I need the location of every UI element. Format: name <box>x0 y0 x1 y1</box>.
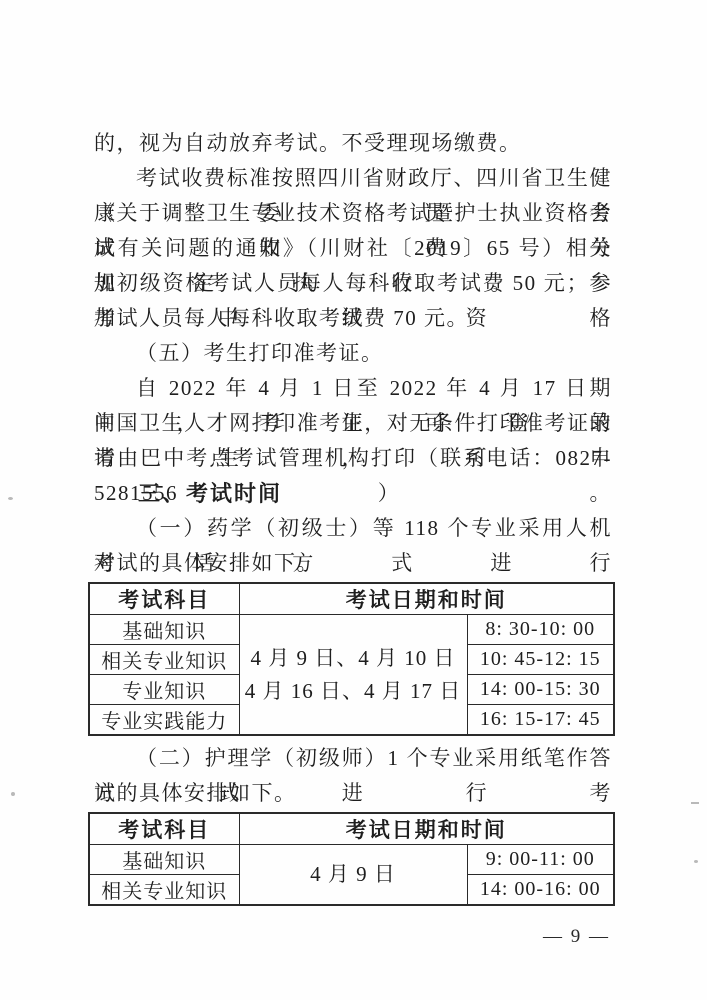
time-cell: 9: 00-11: 00 <box>467 845 614 875</box>
body-line: 请由巴中考点考试管理机构打印（联系电话：0827-5281556）。 <box>94 441 612 476</box>
body-line: 的，视为自动放弃考试。不受理现场缴费。 <box>94 126 612 161</box>
body-line: 考试收费标准按照四川省财政厅、四川省卫生健康委员会 <box>94 161 612 196</box>
body-line: 成有关问题的通知》（川财社〔2019〕65 号）相关规定执行。参 <box>94 231 612 266</box>
header-exam-subject: 考试科目 <box>89 813 239 845</box>
page-number: — 9 — <box>543 926 610 948</box>
table-header-row: 考试科目 考试日期和时间 <box>89 583 614 615</box>
subject-cell: 基础知识 <box>89 845 239 875</box>
subject-cell: 相关专业知识 <box>89 645 239 675</box>
subject-cell: 基础知识 <box>89 615 239 645</box>
subject-cell: 专业知识 <box>89 675 239 705</box>
exam-schedule-table-paper: 考试科目 考试日期和时间 基础知识 4 月 9 日 9: 00-11: 00 相… <box>88 812 615 906</box>
time-cell: 16: 15-17: 45 <box>467 705 614 736</box>
table-row: 基础知识 4 月 9 日 9: 00-11: 00 <box>89 845 614 875</box>
body-line: 《关于调整卫生专业技术资格考试暨护士执业资格考试收费分 <box>94 196 612 231</box>
date-line: 4 月 9 日、4 月 10 日 <box>240 642 467 675</box>
date-cell: 4 月 9 日、4 月 10 日 4 月 16 日、4 月 17 日 <box>239 615 467 736</box>
table-header-row: 考试科目 考试日期和时间 <box>89 813 614 845</box>
scan-artifact <box>691 802 699 804</box>
table-row: 基础知识 4 月 9 日、4 月 10 日 4 月 16 日、4 月 17 日 … <box>89 615 614 645</box>
time-cell: 8: 30-10: 00 <box>467 615 614 645</box>
subsection-label: （五）考生打印准考证。 <box>94 336 612 371</box>
header-exam-datetime: 考试日期和时间 <box>239 813 614 845</box>
time-cell: 10: 45-12: 15 <box>467 645 614 675</box>
date-line: 4 月 16 日、4 月 17 日 <box>240 675 467 708</box>
header-exam-datetime: 考试日期和时间 <box>239 583 614 615</box>
scan-artifact <box>694 860 698 863</box>
body-line: 自 2022 年 4 月 1 日至 2022 年 4 月 17 日期间，考生可登… <box>94 371 612 406</box>
scan-artifact <box>8 497 13 500</box>
time-cell: 14: 00-16: 00 <box>467 875 614 906</box>
time-cell: 14: 00-15: 30 <box>467 675 614 705</box>
subject-cell: 专业实践能力 <box>89 705 239 736</box>
document-body: 的，视为自动放弃考试。不受理现场缴费。 考试收费标准按照四川省财政厅、四川省卫生… <box>94 126 612 911</box>
subject-cell: 相关专业知识 <box>89 875 239 906</box>
body-line: 加初级资格考试人员每人每科收取考试费 50 元；参加中级资格 <box>94 266 612 301</box>
header-exam-subject: 考试科目 <box>89 583 239 615</box>
body-line: （一）药学（初级士）等 118 个专业采用人机对话方式进行 <box>94 511 612 546</box>
body-line: 中国卫生人才网打印准考证，对无条件打印准考证的考生，可申 <box>94 406 612 441</box>
date-cell: 4 月 9 日 <box>239 845 467 906</box>
scanned-document-page: 的，视为自动放弃考试。不受理现场缴费。 考试收费标准按照四川省财政厅、四川省卫生… <box>0 0 707 1000</box>
exam-schedule-table-computer: 考试科目 考试日期和时间 基础知识 4 月 9 日、4 月 10 日 4 月 1… <box>88 582 615 736</box>
date-line: 4 月 9 日 <box>240 858 467 891</box>
scan-artifact <box>11 792 15 796</box>
body-line: （二）护理学（初级师）1 个专业采用纸笔作答方式进行考 <box>94 741 612 776</box>
